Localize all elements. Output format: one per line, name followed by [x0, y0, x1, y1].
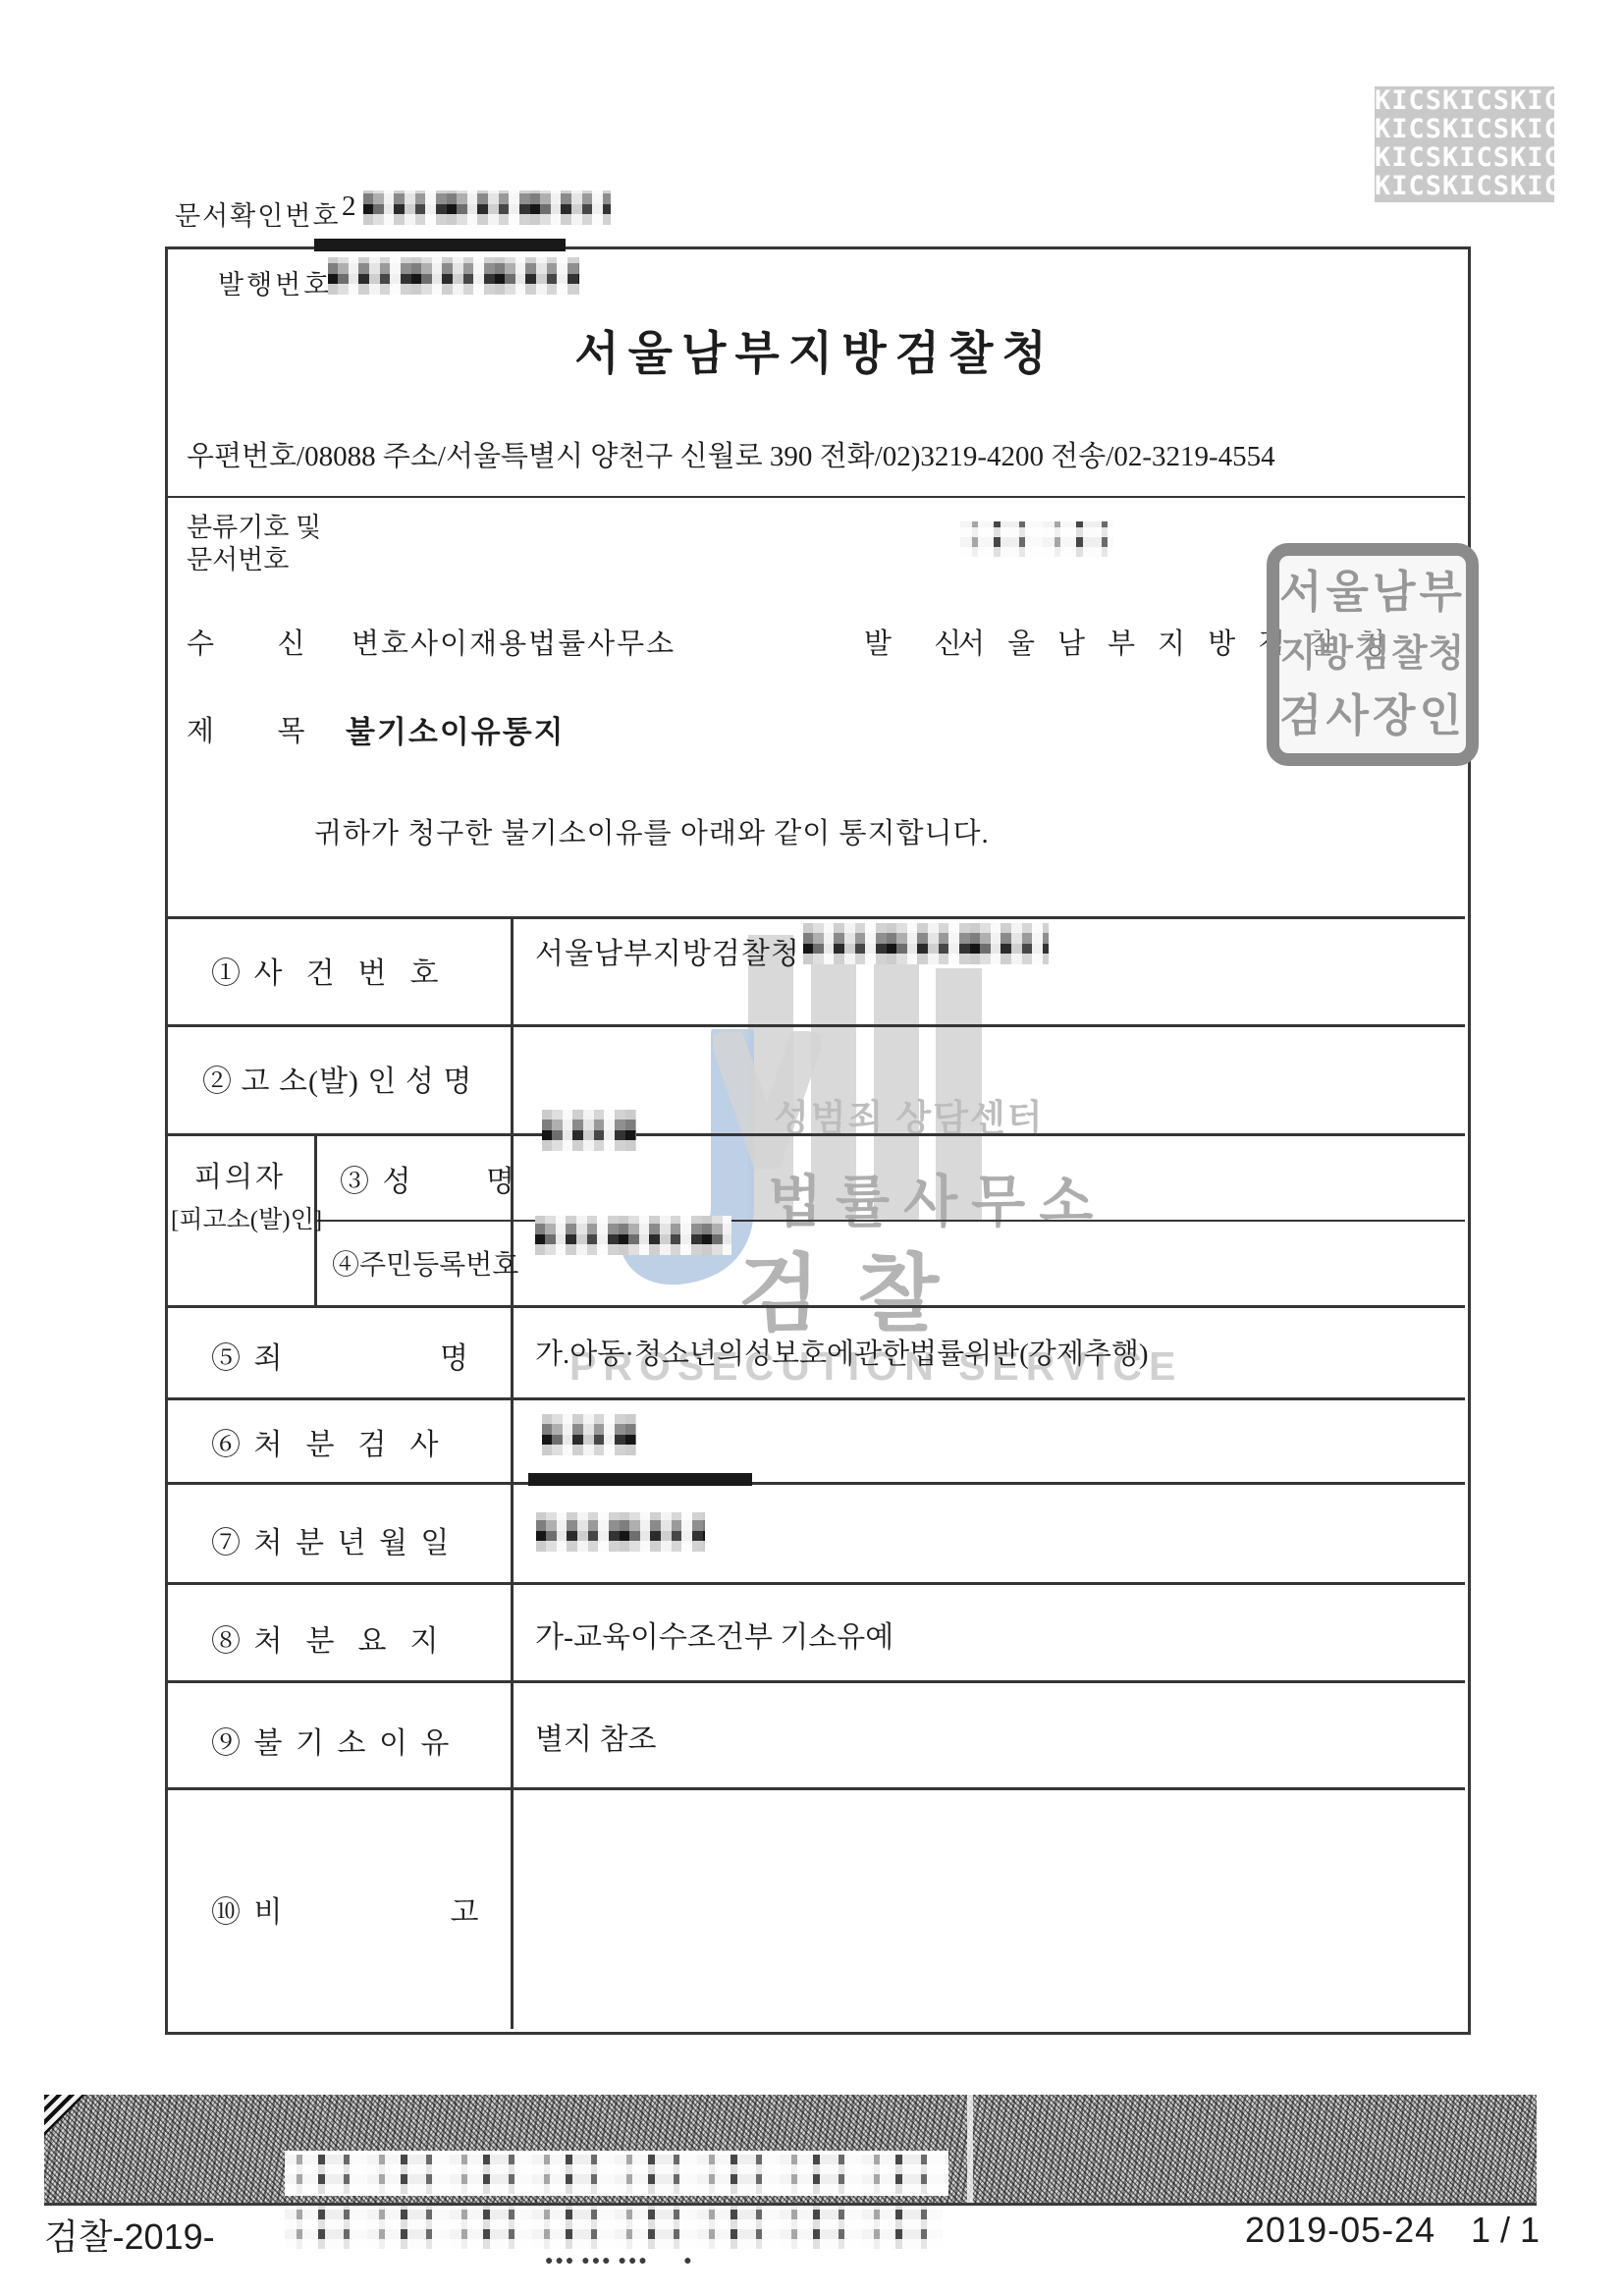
- classification-label-line2: 문서번호: [187, 538, 289, 576]
- footer-reference-redaction: [285, 2206, 943, 2249]
- office-contact-line: 우편번호/08088 주소/서울특별시 양천구 신월로 390 전화/02)32…: [187, 434, 1275, 474]
- table-column-divider: [511, 916, 514, 2029]
- row6-label-prosecutor: ⑥ 처 분 검 사: [211, 1420, 441, 1463]
- kics-row: KICSKICSKIC: [1375, 86, 1554, 115]
- table-line: [165, 1582, 1465, 1585]
- suspect-name-redaction: [542, 1110, 636, 1151]
- table-line: [165, 1024, 1465, 1027]
- scanned-document-page: KICSKICSKIC KICSKICSKIC KICSKICSKIC KICS…: [0, 0, 1623, 2296]
- seal-text-row: 지방검찰청: [1279, 624, 1466, 685]
- recipient-value: 변호사이재용법률사무소: [352, 622, 676, 662]
- table-line: [165, 1305, 1465, 1308]
- footer-date: 2019-05-24: [1245, 2210, 1435, 2251]
- seal-text-row: 서울남부: [1279, 562, 1466, 624]
- dot-row: ●●● ●●● ●●● ●: [545, 2249, 709, 2270]
- kics-row: KICSKICSKIC: [1375, 172, 1554, 200]
- table-line: [165, 1680, 1465, 1683]
- footer-upper-redaction: [285, 2155, 948, 2194]
- divider: [165, 496, 1465, 498]
- row10-label-remarks: ⑩ 비 고: [211, 1887, 481, 1931]
- top-border-redaction-bar: [314, 239, 566, 251]
- table-line: [165, 916, 1465, 919]
- nonprosecution-reason-value: 별지 참조: [535, 1715, 656, 1758]
- footer-reference-prefix: 검찰-2019-: [44, 2210, 215, 2260]
- prosecutor-name-redaction: [542, 1414, 636, 1455]
- row2-label-complainant: ② 고 소(발) 인 성 명: [202, 1057, 472, 1100]
- suspect-sublabel: [피고소(발)인]: [171, 1200, 322, 1235]
- table-line: [165, 1397, 1465, 1400]
- doc-check-number-label: 문서확인번호: [175, 194, 341, 233]
- kics-row: KICSKICSKIC: [1375, 115, 1554, 143]
- row1-label-case-number: ① 사 건 번 호: [211, 949, 441, 992]
- case-number-redaction: [803, 923, 1049, 964]
- row4-label-resident-number: ④주민등록번호: [332, 1243, 518, 1283]
- disposition-date-redaction: [536, 1512, 705, 1552]
- offense-value: 가.아동·청소년의성보호에관한법률위반(강제추행): [535, 1332, 1149, 1372]
- row9-label-nonprosecution-reason: ⑨ 불 기 소 이 유: [211, 1719, 452, 1762]
- row3-label-name: ③ 성 명: [340, 1157, 517, 1200]
- issue-number-label: 발행번호: [218, 263, 332, 301]
- document-frame: [165, 246, 1471, 2035]
- classification-number-redaction: [960, 521, 1113, 557]
- row7-label-disposition-date: ⑦ 처 분 년 월 일: [211, 1518, 452, 1561]
- doc-check-number-visible-digit: 2: [342, 191, 356, 223]
- table-line: [165, 1787, 1465, 1790]
- suspect-label: 피의자: [194, 1155, 286, 1195]
- noise-band-seam: [967, 2095, 973, 2205]
- disposition-summary-value: 가-교육이수조건부 기소유예: [535, 1613, 893, 1656]
- case-number-office-prefix: 서울남부지방검찰청: [535, 929, 800, 972]
- doc-check-number-redaction: [363, 191, 611, 225]
- seal-text-row: 검사장인: [1279, 685, 1466, 747]
- official-seal-stamp: 서울남부 지방검찰청 검사장인: [1267, 543, 1479, 766]
- kics-watermark-box: KICSKICSKIC KICSKICSKIC KICSKICSKIC KICS…: [1375, 86, 1554, 202]
- notice-sentence: 귀하가 청구한 불기소이유를 아래와 같이 통지합니다.: [314, 811, 990, 851]
- page-title: 서울남부지방검찰청: [165, 317, 1465, 383]
- footer-page-number: 1 / 1: [1471, 2210, 1540, 2251]
- table-line: [165, 1482, 1465, 1485]
- row5-label-offense: ⑤ 죄 명: [211, 1334, 471, 1377]
- prosecutor-row-redaction-bar: [528, 1473, 752, 1486]
- recipient-label: 수 신: [187, 622, 308, 662]
- kics-row: KICSKICSKIC: [1375, 143, 1554, 172]
- table-subline: [314, 1220, 1465, 1222]
- issue-number-redaction: [328, 257, 579, 295]
- subject-value: 불기소이유통지: [346, 707, 566, 751]
- table-line: [165, 1133, 1465, 1136]
- resident-number-redaction: [535, 1216, 731, 1255]
- subject-label: 제 목: [187, 709, 308, 749]
- row8-label-disposition-summary: ⑧ 처 분 요 지: [211, 1616, 441, 1660]
